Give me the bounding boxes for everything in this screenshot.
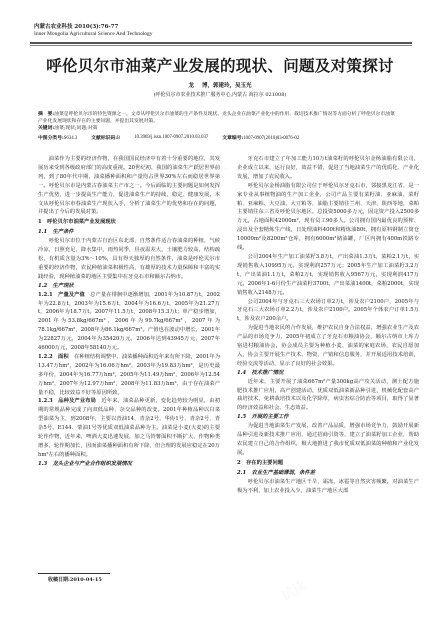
paragraph: 公司2004年与牙克石三大农场订单2万t，涉及农户2100户，2005年与牙克石… [237, 298, 419, 325]
document-page: 内蒙古农业科技 2010(3):76-77 Inner Mongolia Agr… [0, 0, 440, 620]
subsubsection-paragraph: 1.2.1 产量及产值 总产量在徘徊中逐渐增加，2001年为10.87万t，20… [38, 291, 220, 353]
paragraph: 呼伦贝尔市位于内蒙古自治区东北部，自然条件适合春油菜的种植，气候冷凉，日照充足，… [38, 237, 220, 282]
subsubsection-paragraph: 1.2.2 面积 在种植结构调整中，油菜播种面积近年来有所下降，2001年为13… [38, 353, 220, 398]
subsection-heading: 2.1 农业生产基础薄弱，条件差 [237, 469, 419, 478]
section-heading: 2 存在的主要问题 [237, 459, 419, 468]
article-title: 呼伦贝尔市油菜产业发展的现状、问题及对策探讨 [0, 54, 440, 76]
doi-field: 10.3969/j.issn.1007-0907.2010.03.037 [134, 134, 208, 141]
keywords-label: 关键词: [38, 125, 54, 131]
journal-header: 内蒙古农业科技 2010(3):76-77 Inner Mongolia Agr… [34, 24, 153, 38]
article-no-field: 文章编号:1007-0907(2010)03-0076-02 [222, 134, 299, 141]
keywords-text: 油菜;现状;问题;对策 [54, 126, 97, 131]
subsubsection-label: 1.2.2 面积 [38, 354, 74, 360]
subsection-heading: 1.4 技术推广情况 [237, 369, 419, 378]
classification-line: 中图分类号:S634.3 文献标识码:B 10.3969/j.issn.1007… [38, 134, 408, 141]
header-rule-thin [30, 45, 412, 46]
paragraph: 牙克石市建立了年加工能力10万t油菜籽的呼伦贝尔金杨油脂有限公司，企业成立以来，… [237, 155, 419, 182]
subsubsection-label: 1.2.1 产量及产值 [38, 292, 90, 298]
watermark: 试读 [277, 575, 309, 604]
paragraph: 呼伦贝尔市油菜生产地区干旱、霜冻、冰雹等自然灾害频繁，对油菜生产极为不利，加上农… [237, 478, 419, 496]
abstract-block: 摘 要:油菜是呼伦贝尔市的特色资源之一。文章从呼伦贝尔市油菜的生产条件及现状、龙… [38, 111, 398, 133]
section-heading: 1 呼伦贝尔市油菜产业发展现状 [38, 218, 220, 227]
received-date: 收稿日期:2010-04-15 [48, 576, 102, 583]
subsection-heading: 1.3 龙头企业与产业合作组织发展情况 [38, 460, 220, 469]
paragraph: 公司2004年生产加工油菜籽3.8万t，产出菜油1.3万t，菜粕2.1万t，实现… [237, 253, 419, 298]
article-affiliation: (呼伦贝尔市农业技术推广服务中心,内蒙古 海拉尔 021008) [0, 91, 440, 98]
body-column-right: 牙克石市建立了年加工能力10万t油菜籽的呼伦贝尔金杨油脂有限公司，企业成立以来，… [237, 155, 419, 495]
abstract-label: 摘 要: [38, 111, 54, 117]
header-rule [30, 42, 412, 44]
subsubsection-paragraph: 1.2.3 品种及产业布局 近年来，油菜品种更新，变化趋势较为明显，由初期的常规… [38, 397, 220, 459]
subsection-heading: 1.5 开展的主要工作 [237, 413, 419, 422]
article-authors: 龙 博，郭建玲，吴玉光 [0, 81, 440, 89]
subsection-heading: 1.1 生产条件 [38, 228, 220, 237]
clc-field: 中图分类号:S634.3 [38, 134, 77, 141]
journal-name-cn: 内蒙古农业科技 2010(3):76-77 [34, 24, 153, 31]
paragraph: 呼伦贝尔金杨油脂有限公司位于呼伦贝尔牙克石市，邻接黑龙江省，是一家专业从事植物油… [237, 182, 419, 253]
subsection-heading: 1.2 生产现状 [38, 282, 220, 291]
paragraph: 为促进当地农民的合作发展，维护农民自身合法权益，增强农业生产及农产品的市场竞争力… [237, 324, 419, 369]
journal-name-en: Inner Mongolia Agricultural Science And … [34, 31, 153, 38]
paragraph: 油菜作为主要的经济作物，在我国国民经济中有着十分重要的地位，其发展历来受到各级政… [38, 155, 220, 217]
doc-code-field: 文献标识码:B [91, 134, 120, 141]
abstract-text: 油菜是呼伦贝尔市的特色资源之一。文章从呼伦贝尔市油菜的生产条件及现状、龙头企业在… [38, 112, 395, 124]
footnote-rule [38, 573, 110, 574]
subsubsection-label: 1.2.3 品种及产业布局 [38, 398, 101, 404]
paragraph: 近年来，主要开展了油菜667m²产量300kg高产攻关活动，测土配方施肥技术推广… [237, 378, 419, 414]
body-column-left: 油菜作为主要的经济作物，在我国国民经济中有着十分重要的地位，其发展历来受到各级政… [38, 155, 220, 469]
paragraph: 为促进当地油菜生产发展，改善产品品质，增强市场竞争力，鼓励开展新品种引进及新技术… [237, 422, 419, 458]
